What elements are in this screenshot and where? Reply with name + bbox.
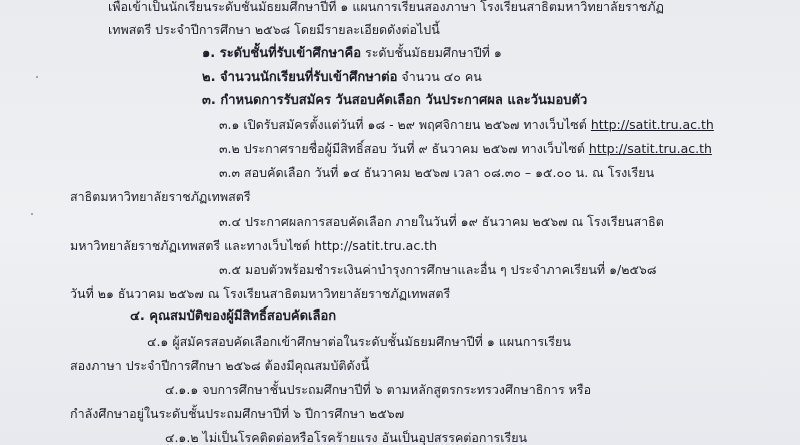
item-3-4-line-1: ๓.๔ ประกาศผลการสอบคัดเลือก ภายในวันที่ ๑…	[219, 213, 664, 231]
item-3-3-line-2: สาธิตมหาวิทยาลัยราชภัฏเทพสตรี	[70, 188, 251, 206]
satit-website-link[interactable]: http://satit.tru.ac.th	[314, 238, 437, 253]
item-4-1-line-1: ๔.๑ ผู้สมัครสอบคัดเลือกเข้าศึกษาต่อในระด…	[147, 333, 571, 351]
item-3-3-line-1: ๓.๓ สอบคัดเลือก วันที่ ๑๔ ธันวาคม ๒๕๖๗ เ…	[219, 164, 654, 182]
intro-line-2: เทพสตรี ประจำปีการศึกษา ๒๕๖๘ โดยมีรายละเ…	[108, 21, 440, 39]
item-4-1-2-line-1: ๔.๑.๒ ไม่เป็นโรคติดต่อหรือโรคร้ายแรง อัน…	[165, 429, 527, 445]
item-3-2: ๓.๒ ประกาศรายชื่อผู้มีสิทธิ์สอบ วันที่ ๙…	[219, 140, 712, 158]
section-3-heading: ๓. กำหนดการรับสมัคร วันสอบคัดเลือก วันปร…	[202, 92, 587, 110]
item-3-1-text: ๓.๑ เปิดรับสมัครตั้งแต่วันที่ ๑๘ - ๒๙ พฤ…	[219, 117, 591, 132]
scan-speck	[36, 76, 38, 78]
scanned-document-page: เพื่อเข้าเป็นนักเรียนระดับชั้นมัธยมศึกษา…	[0, 0, 800, 445]
section-4-heading: ๔. คุณสมบัติของผู้มีสิทธิ์สอบคัดเลือก	[130, 308, 336, 326]
section-2-text: จำนวน ๔๐ คน	[397, 69, 481, 84]
section-1-text: ระดับชั้นมัธยมศึกษาปีที่ ๑	[361, 45, 502, 60]
item-4-1-1-line-1: ๔.๑.๑ จบการศึกษาชั้นประถมศึกษาปีที่ ๖ ตา…	[165, 381, 591, 399]
intro-line-1: เพื่อเข้าเป็นนักเรียนระดับชั้นมัธยมศึกษา…	[108, 0, 664, 16]
item-3-4-line-2: มหาวิทยาลัยราชภัฏเทพสตรี และทางเว็บไซต์ …	[70, 237, 437, 255]
satit-website-link[interactable]: http://satit.tru.ac.th	[589, 141, 712, 156]
section-1-heading: ๑. ระดับชั้นที่รับเข้าศึกษาคือ	[202, 46, 361, 61]
scan-speck	[31, 213, 33, 215]
item-3-4-text: มหาวิทยาลัยราชภัฏเทพสตรี และทางเว็บไซต์	[70, 238, 314, 253]
section-1: ๑. ระดับชั้นที่รับเข้าศึกษาคือ ระดับชั้น…	[202, 44, 502, 63]
item-3-5-line-2: วันที่ ๒๑ ธันวาคม ๒๕๖๗ ณ โรงเรียนสาธิตมห…	[70, 285, 450, 303]
item-3-1: ๓.๑ เปิดรับสมัครตั้งแต่วันที่ ๑๘ - ๒๙ พฤ…	[219, 116, 714, 134]
item-4-1-line-2: สองภาษา ประจำปีการศึกษา ๒๕๖๘ ต้องมีคุณสม…	[70, 357, 369, 375]
item-3-2-text: ๓.๒ ประกาศรายชื่อผู้มีสิทธิ์สอบ วันที่ ๙…	[219, 141, 589, 156]
section-2: ๒. จำนวนนักเรียนที่รับเข้าศึกษาต่อ จำนวน…	[202, 68, 482, 87]
item-3-5-line-1: ๓.๕ มอบตัวพร้อมชำระเงินค่าบำรุงการศึกษาแ…	[219, 261, 657, 279]
satit-website-link[interactable]: http://satit.tru.ac.th	[591, 117, 714, 132]
item-4-1-1-line-2: กำลังศึกษาอยู่ในระดับชั้นประถมศึกษาปีที่…	[70, 405, 404, 423]
section-2-heading: ๒. จำนวนนักเรียนที่รับเข้าศึกษาต่อ	[202, 70, 397, 85]
